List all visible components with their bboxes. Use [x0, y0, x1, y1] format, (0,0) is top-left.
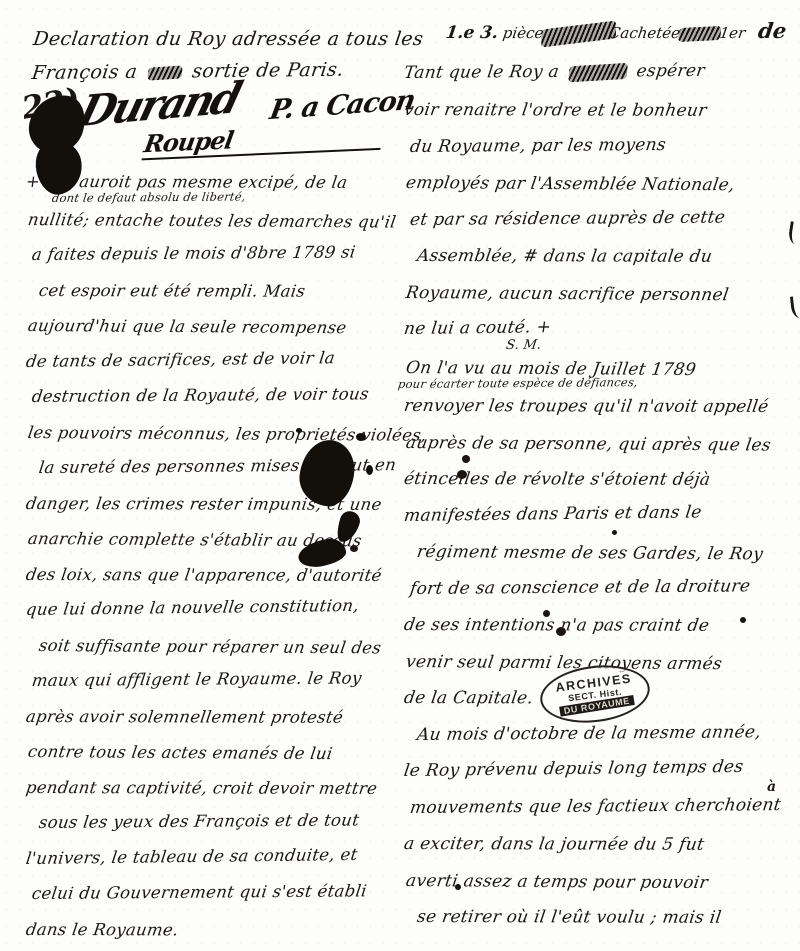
- ink-blot: [296, 428, 302, 433]
- manuscript-line: de ses intentions n'a pas craint de: [401, 607, 796, 645]
- manuscript-line: que lui donne la nouvelle constitution,: [24, 587, 419, 627]
- manuscript-line: a faites depuis le mois d'8bre 1789 si: [30, 234, 419, 273]
- manuscript-line: après avoir solemnellement protesté: [23, 699, 418, 736]
- left-page-text: + Il n'auroit pas mesme excipé, de ladon…: [26, 164, 416, 947]
- ink-speck: [455, 884, 461, 890]
- manuscript-line: renvoyer les troupes qu'il n'avoit appel…: [401, 388, 796, 426]
- ink-speck: [350, 545, 358, 552]
- right-page-header: 1.e 3. pièce Cachetée 1er de: [443, 10, 797, 54]
- first-line-pre: Tant que le Roy a: [403, 62, 561, 83]
- ink-speck: [740, 617, 746, 623]
- manuscript-line: employés par l'Assemblée Nationale,: [403, 165, 796, 204]
- manuscript-line: sous les yeux des François et de tout: [37, 802, 419, 840]
- first-line-post: espérer: [635, 61, 706, 81]
- manuscript-line: de tants de sacrifices, est de voir la: [24, 339, 419, 379]
- ink-speck: [462, 455, 470, 463]
- right-page-text: voir renaitre l'ordre et le bonheurdu Ro…: [404, 92, 794, 936]
- manuscript-line: celui du Gouvernement qui s'est établi: [30, 873, 419, 912]
- manuscript-line: pendant sa captivité, croit devoir mettr…: [23, 770, 418, 807]
- manuscript-line: fort de sa conscience et de la droiture: [408, 567, 797, 607]
- manuscript-line: se retirer où il l'eût voulu ; mais il: [414, 899, 796, 936]
- manuscript-page: Declaration du Roy adressée a tous les F…: [0, 0, 800, 951]
- title-line-1: Declaration du Roy adressée a tous les: [31, 12, 419, 56]
- ink-scribble: [568, 62, 628, 81]
- header-word-piece: pièce: [502, 24, 545, 42]
- ink-scribble: [678, 26, 721, 42]
- manuscript-line: anarchie complette s'établir au dessus: [25, 521, 418, 559]
- manuscript-line: régiment mesme de ses Gardes, le Roy: [414, 534, 796, 573]
- manuscript-line: le Roy prévenu depuis long temps des: [402, 748, 797, 789]
- manuscript-line: destruction de la Royauté, de voir tous: [30, 376, 419, 415]
- ink-speck: [612, 530, 617, 535]
- manuscript-line: du Royaume, par les moyens: [408, 125, 797, 165]
- insertion-letter-a: à: [767, 779, 776, 795]
- ink-blot: [356, 433, 366, 441]
- manuscript-line: contre tous les actes emanés de lui: [25, 734, 418, 772]
- ink-speck: [556, 627, 566, 636]
- manuscript-line: étincelles de révolte s'étoient déjà: [401, 461, 796, 499]
- header-piece-number: 1.e 3.: [444, 23, 499, 43]
- manuscript-line: Assemblée, # dans la capitale du: [414, 238, 796, 275]
- manuscript-line: a exciter, dans la journée du 5 fut: [401, 826, 796, 864]
- manuscript-line: cet espoir eut été rempli. Mais: [36, 273, 418, 309]
- ink-blot: [366, 465, 373, 475]
- signature-block: 22) Durand P. a Cacon Roupel: [26, 92, 416, 164]
- header-word-1er: 1er: [718, 24, 746, 42]
- manuscript-line: l'univers, le tableau de sa conduite, et: [24, 836, 419, 876]
- manuscript-line: mouvements que les factieux cherchoient: [408, 786, 797, 826]
- ink-speck: [543, 610, 550, 617]
- header-word-cachetee: Cachetée: [608, 24, 682, 42]
- manuscript-line: voir renaitre l'ordre et le bonheur: [401, 92, 796, 130]
- manuscript-line: dans le Royaume.: [23, 912, 418, 949]
- manuscript-line: averti assez a temps pour pouvoir: [403, 863, 796, 902]
- header-word-de: de: [757, 18, 789, 43]
- manuscript-line: Tant que le Roy a espérer: [401, 51, 796, 92]
- ink-scribble: [542, 21, 617, 48]
- left-page-column: Declaration du Roy adressée a tous les F…: [26, 12, 416, 947]
- ink-speck: [457, 470, 467, 479]
- manuscript-line: la sureté des personnes mises partout en: [37, 447, 419, 485]
- manuscript-line: maux qui affligent le Royaume. le Roy: [30, 660, 419, 699]
- manuscript-line: et par sa résidence auprès de cette: [408, 198, 797, 238]
- title-line-2-pre: François a: [31, 61, 139, 84]
- manuscript-line: manifestées dans Paris et dans le: [402, 493, 797, 534]
